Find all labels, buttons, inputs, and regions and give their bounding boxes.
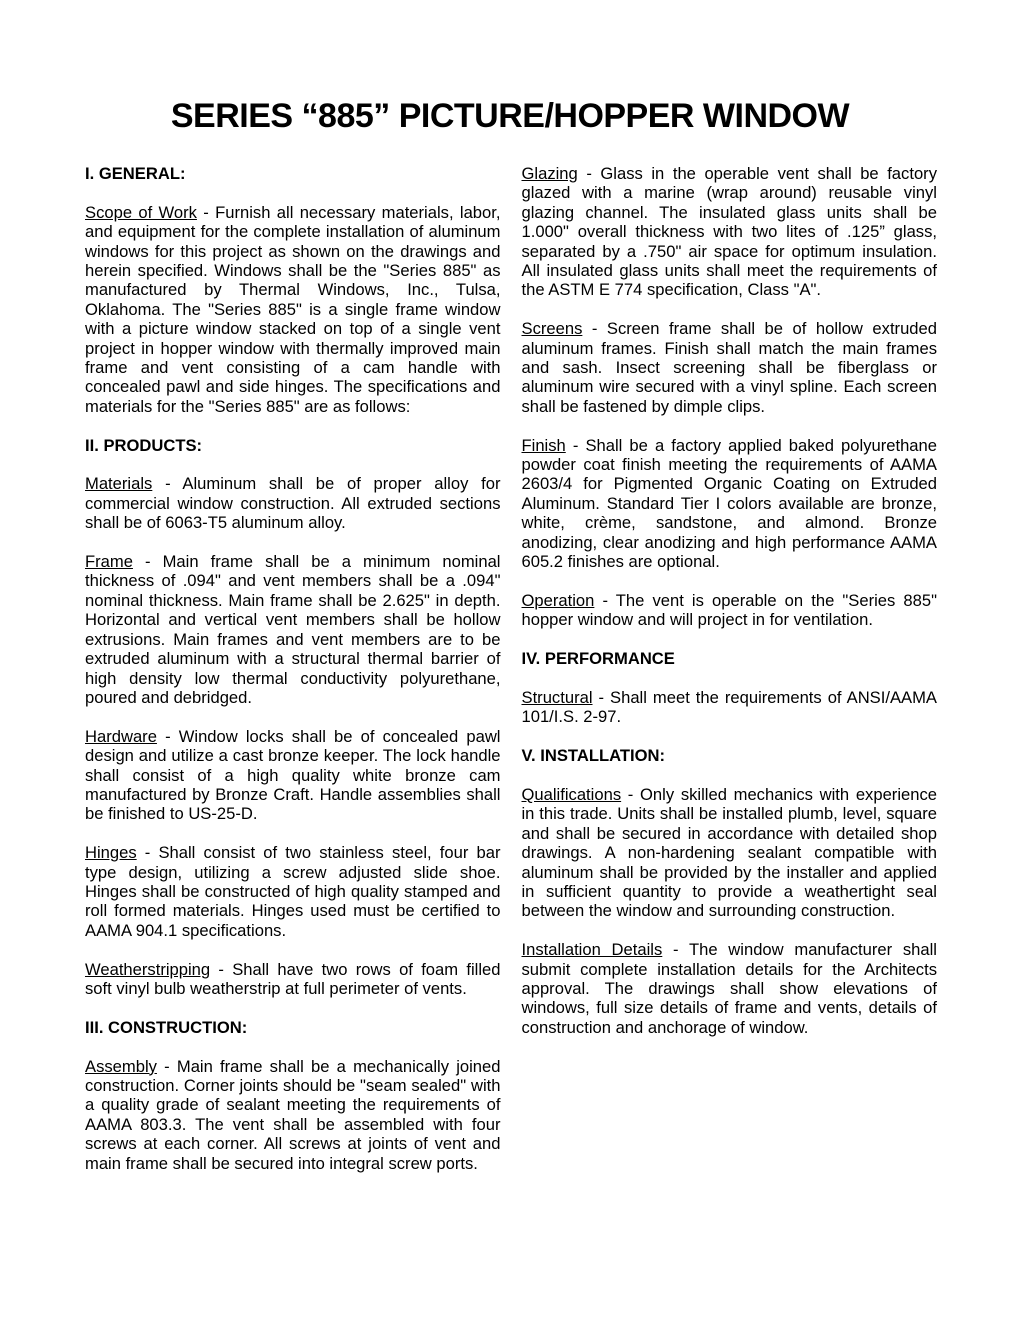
paragraph-hinges: Hinges - Shall consist of two stainless … bbox=[85, 843, 501, 940]
term-assembly: Assembly bbox=[85, 1057, 157, 1076]
paragraph-text: - Shall be a factory applied baked polyu… bbox=[522, 436, 938, 571]
term-installation-details: Installation Details bbox=[522, 940, 663, 959]
paragraph-qualifications: Qualifications - Only skilled mechanics … bbox=[522, 785, 938, 921]
paragraph-text: - Main frame shall be a minimum nominal … bbox=[85, 552, 501, 707]
section-heading-general: I. GENERAL: bbox=[85, 164, 501, 183]
term-hardware: Hardware bbox=[85, 727, 157, 746]
term-frame: Frame bbox=[85, 552, 133, 571]
left-column: I. GENERAL: Scope of Work - Furnish all … bbox=[85, 164, 501, 1173]
paragraph-text: - Shall consist of two stainless steel, … bbox=[85, 843, 501, 940]
paragraph-screens: Screens - Screen frame shall be of hollo… bbox=[522, 319, 938, 416]
paragraph-finish: Finish - Shall be a factory applied bake… bbox=[522, 436, 938, 572]
term-finish: Finish bbox=[522, 436, 566, 455]
paragraph-text: - Only skilled mechanics with experience… bbox=[522, 785, 938, 920]
paragraph-text: - Glass in the operable vent shall be fa… bbox=[522, 164, 938, 299]
section-heading-products: II. PRODUCTS: bbox=[85, 436, 501, 455]
paragraph-text: - Screen frame shall be of hollow extrud… bbox=[522, 319, 938, 416]
term-weatherstripping: Weatherstripping bbox=[85, 960, 210, 979]
paragraph-operation: Operation - The vent is operable on the … bbox=[522, 591, 938, 630]
document-page: SERIES “885” PICTURE/HOPPER WINDOW I. GE… bbox=[0, 0, 1020, 1320]
term-hinges: Hinges bbox=[85, 843, 137, 862]
section-heading-performance: IV. PERFORMANCE bbox=[522, 649, 938, 668]
term-scope-of-work: Scope of Work bbox=[85, 203, 197, 222]
paragraph-weatherstripping: Weatherstripping - Shall have two rows o… bbox=[85, 960, 501, 999]
paragraph-structural: Structural - Shall meet the requirements… bbox=[522, 688, 938, 727]
section-heading-construction: III. CONSTRUCTION: bbox=[85, 1018, 501, 1037]
section-heading-installation: V. INSTALLATION: bbox=[522, 746, 938, 765]
paragraph-hardware: Hardware - Window locks shall be of conc… bbox=[85, 727, 501, 824]
two-column-layout: I. GENERAL: Scope of Work - Furnish all … bbox=[0, 164, 1020, 1173]
right-column: Glazing - Glass in the operable vent sha… bbox=[522, 164, 938, 1173]
paragraph-materials: Materials - Aluminum shall be of proper … bbox=[85, 474, 501, 532]
term-structural: Structural bbox=[522, 688, 593, 707]
paragraph-glazing: Glazing - Glass in the operable vent sha… bbox=[522, 164, 938, 300]
document-title: SERIES “885” PICTURE/HOPPER WINDOW bbox=[40, 96, 980, 136]
term-qualifications: Qualifications bbox=[522, 785, 622, 804]
paragraph-text: - Furnish all necessary materials, labor… bbox=[85, 203, 501, 416]
paragraph-installation-details: Installation Details - The window manufa… bbox=[522, 940, 938, 1037]
term-screens: Screens bbox=[522, 319, 583, 338]
paragraph-frame: Frame - Main frame shall be a minimum no… bbox=[85, 552, 501, 707]
term-operation: Operation bbox=[522, 591, 595, 610]
paragraph-scope-of-work: Scope of Work - Furnish all necessary ma… bbox=[85, 203, 501, 416]
paragraph-assembly: Assembly - Main frame shall be a mechani… bbox=[85, 1057, 501, 1173]
term-glazing: Glazing bbox=[522, 164, 578, 183]
term-materials: Materials bbox=[85, 474, 152, 493]
